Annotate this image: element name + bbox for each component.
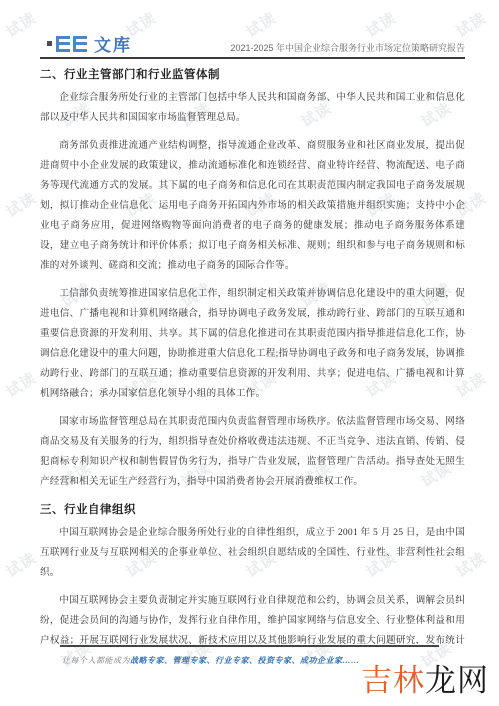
site-watermark: 吉林龙网: [361, 655, 489, 700]
logo-e-icon: [56, 36, 70, 52]
paragraph: 商务部负责推进流通产业结构调整，指导流通企业改革、商贸服务业和社区商业发展，提出…: [40, 136, 465, 276]
logo-text: 文库: [94, 31, 132, 56]
document-body: 二、行业主管部门和行业监管体制 企业综合服务所处行业的主管部门包括中华人民共和国…: [40, 64, 465, 644]
site-name-part1: 吉林: [361, 663, 425, 698]
tagline-highlight: 战略专家、管理专家、行业专家、投资专家、成功企业家……: [130, 656, 360, 665]
paragraph: 国家市场监督管理总局在其职责范围内负责监督管理市场秩序。依法监督管理市场交易、网…: [40, 412, 465, 492]
page-header: 文库 2021-2025 年中国企业综合服务行业市场定位策略研究报告: [47, 26, 465, 56]
paragraph: 中国互联网协会是企业综合服务所处行业的自律性组织，成立于 2001 年 5 月 …: [40, 523, 465, 583]
report-title: 2021-2025 年中国企业综合服务行业市场定位策略研究报告: [230, 41, 465, 56]
section-supervision: 二、行业主管部门和行业监管体制 企业综合服务所处行业的主管部门包括中华人民共和国…: [40, 66, 465, 492]
section-heading: 二、行业主管部门和行业监管体制: [40, 66, 465, 82]
paragraph: 企业综合服务所处行业的主管部门包括中华人民共和国商务部、中华人民共和国工业和信息…: [40, 88, 465, 128]
tagline-prefix: 让每个人都能成为: [62, 656, 130, 665]
logo-e-icon: [73, 36, 87, 52]
watermark-text: 试读: [2, 187, 40, 222]
paragraph: 中国互联网协会主要负责制定并实施互联网行业自律规范和公约，协调会员关系，调解会员…: [40, 591, 465, 644]
section-self-regulation: 三、行业自律组织 中国互联网协会是企业综合服务所处行业的自律性组织，成立于 20…: [40, 501, 465, 644]
section-heading: 三、行业自律组织: [40, 501, 465, 517]
header-divider: [40, 57, 465, 59]
watermark-text: 试读: [2, 547, 40, 582]
brand-logo: 文库: [47, 31, 132, 56]
paragraph: 工信部负责统筹推进国家信息化工作，组织制定相关政策并协调信息化建设中的重大问题，…: [40, 284, 465, 404]
footer-divider: [60, 645, 439, 647]
document-page: 试读试读试读试读试读试读试读试读试读试读试读试读试读试读试读试读试读试读试读试读…: [0, 0, 499, 706]
footer-tagline: 让每个人都能成为战略专家、管理专家、行业专家、投资专家、成功企业家……: [62, 655, 360, 666]
logo-dot-icon: [47, 41, 52, 46]
watermark-text: 试读: [2, 367, 40, 402]
watermark-text: 试读: [2, 7, 40, 42]
site-name-part2: 龙网: [425, 663, 489, 698]
